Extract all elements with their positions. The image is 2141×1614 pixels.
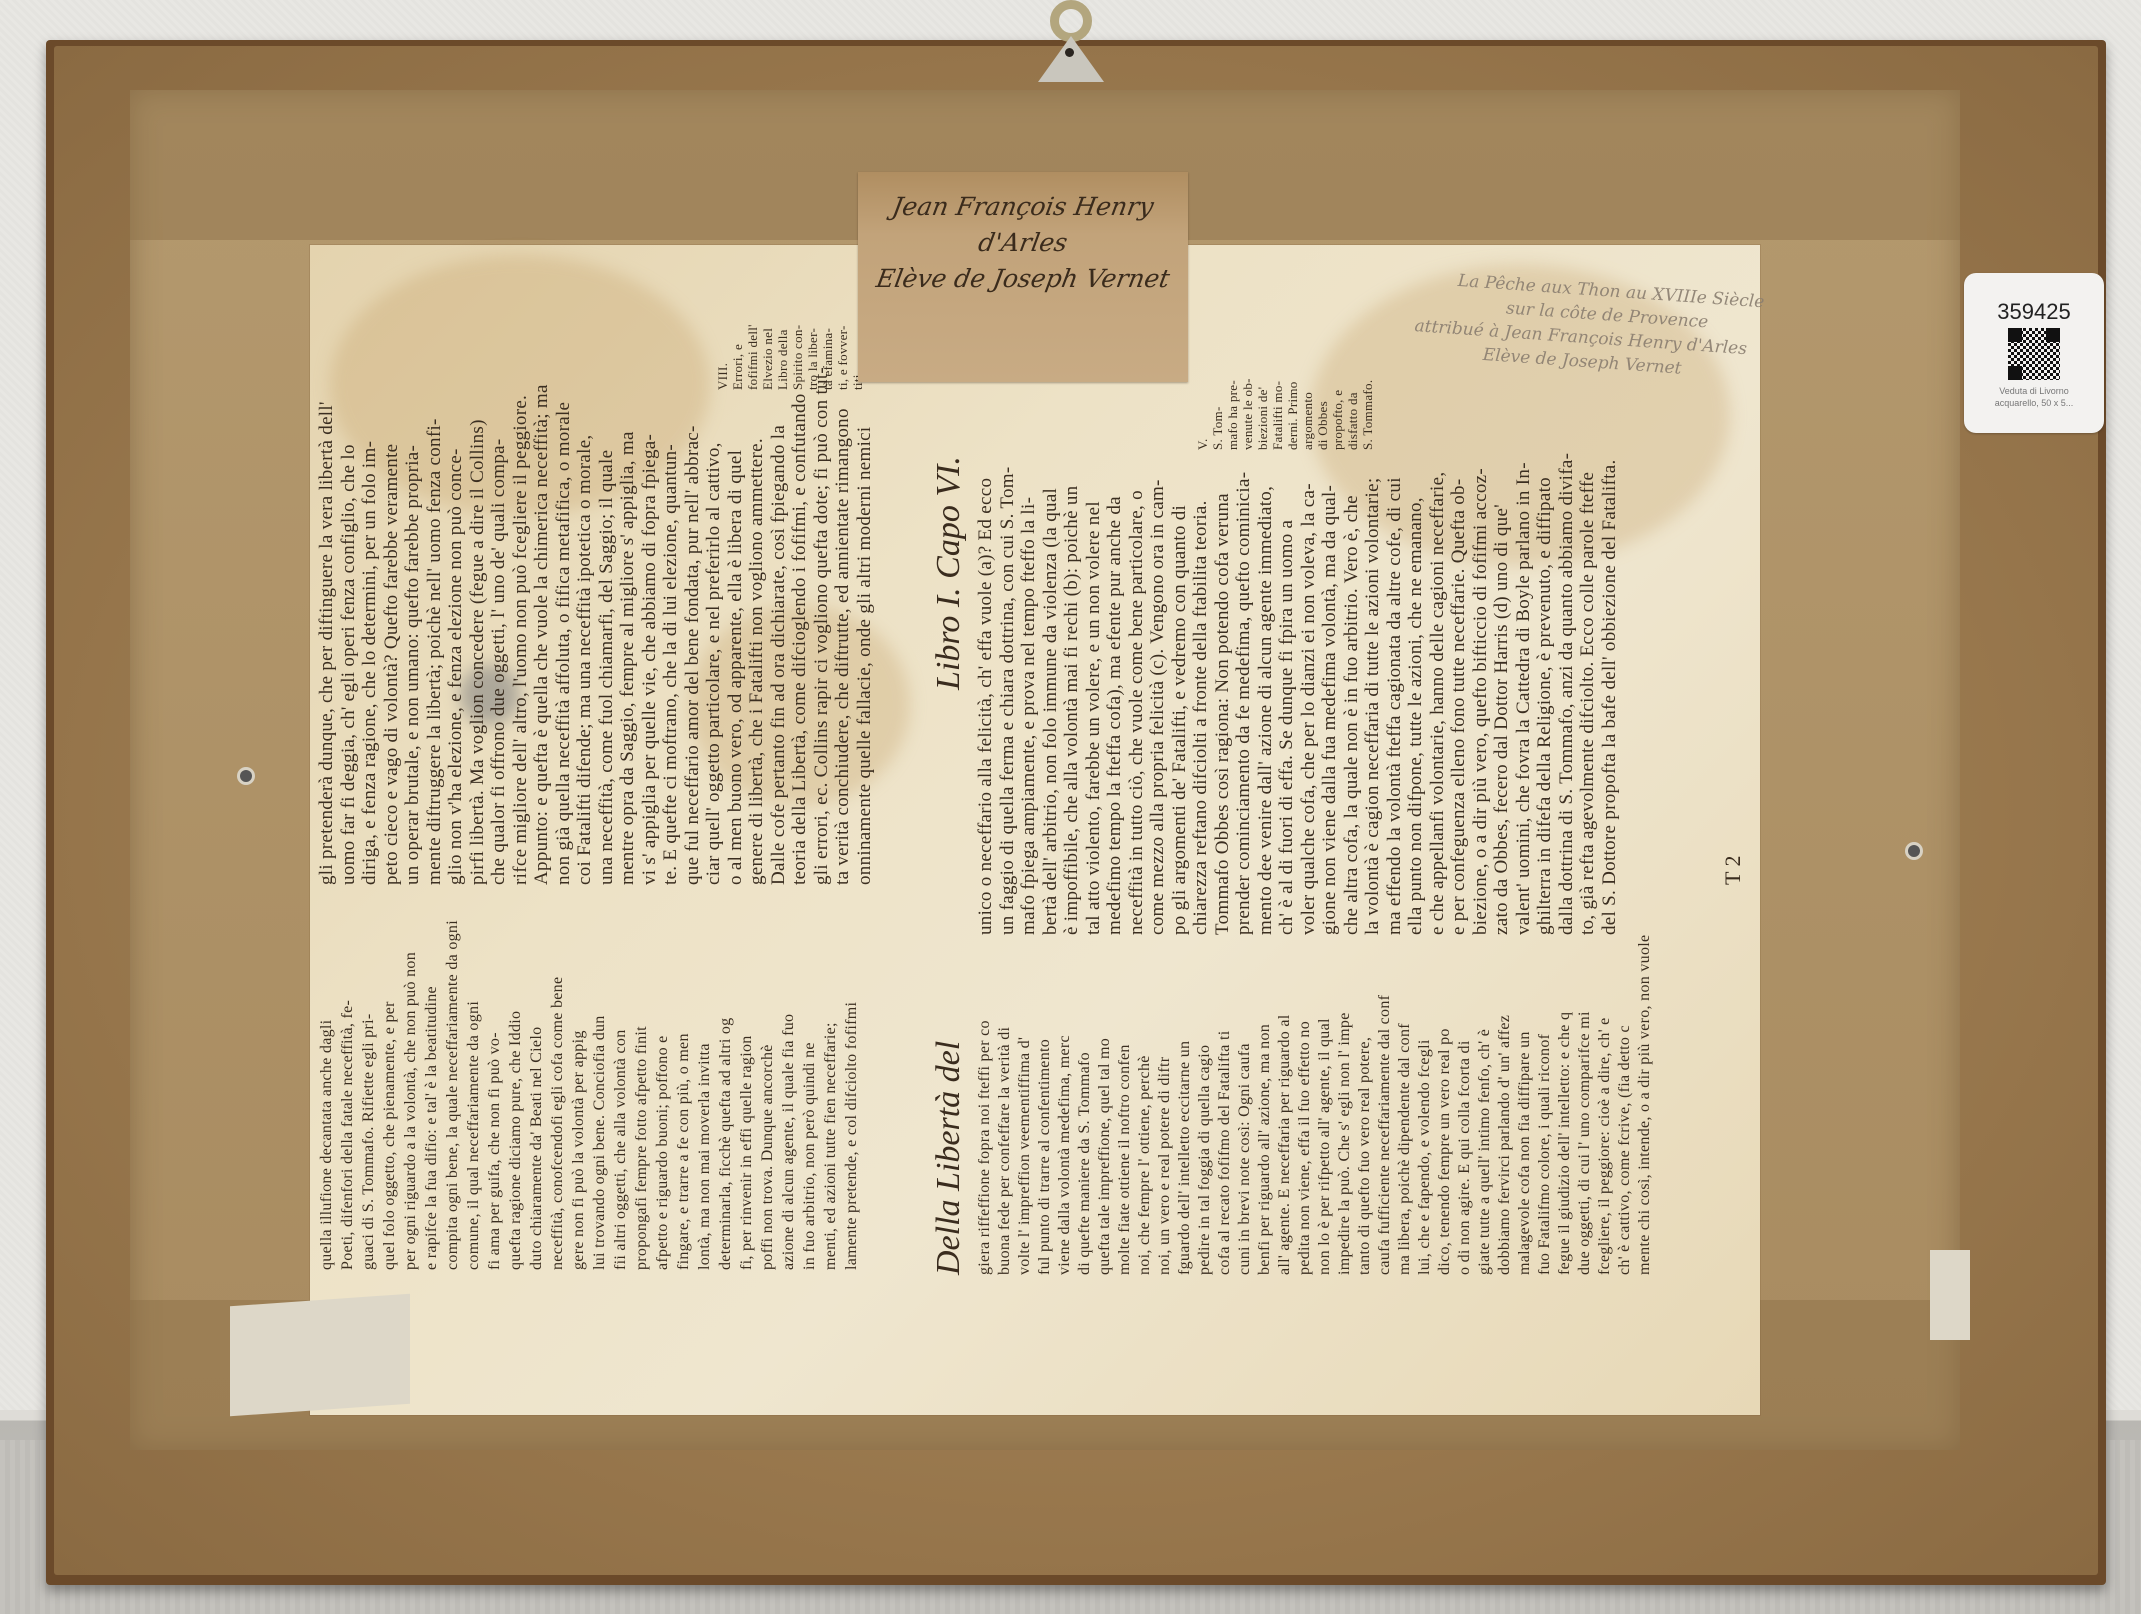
book-heading: Della Libertà del — [930, 1041, 968, 1275]
nail-head — [240, 770, 252, 782]
inventory-number: 359425 — [1964, 299, 2104, 325]
qr-code-icon[interactable] — [2008, 328, 2060, 380]
hanging-ring — [1036, 0, 1106, 80]
hanger-plate — [1038, 36, 1104, 82]
tag-caption: Veduta di Livorno acquarello, 50 x 5... — [1970, 385, 2098, 409]
side-note-v: V.S. Tom-mafo ha pre-venute le ob-biezio… — [1190, 305, 1390, 455]
page-lower-left: quella illufione decantata anche dagliPo… — [310, 900, 880, 1280]
printed-backing-pages: gli pretenderà dunque, che per diftingue… — [310, 245, 1760, 1415]
torn-paper-edge — [230, 1294, 410, 1417]
handwritten-label: Jean François Henry d'Arles Elève de Jos… — [858, 172, 1188, 382]
footer-signature: T 2 — [1720, 855, 1746, 885]
chapter-heading: Libro I. Capo VI. — [930, 456, 968, 690]
text-column: quella illufione decantata anche dagliPo… — [316, 920, 862, 1270]
text-column: giera riffeffione fopra noi fteffi per c… — [975, 935, 1655, 1275]
text-column: gli pretenderà dunque, che per diftingue… — [316, 367, 875, 885]
text-column: unico o neceffario alla felicità, ch' ef… — [975, 453, 1620, 935]
inventory-tag: 359425 Veduta di Livorno acquarello, 50 … — [1964, 273, 2104, 433]
page-lower-right: Della Libertà del 152 giera riffeffione … — [910, 925, 1760, 1285]
nail-head — [1908, 845, 1920, 857]
torn-paper-edge — [1930, 1250, 1970, 1340]
screw-hole — [1065, 48, 1074, 57]
